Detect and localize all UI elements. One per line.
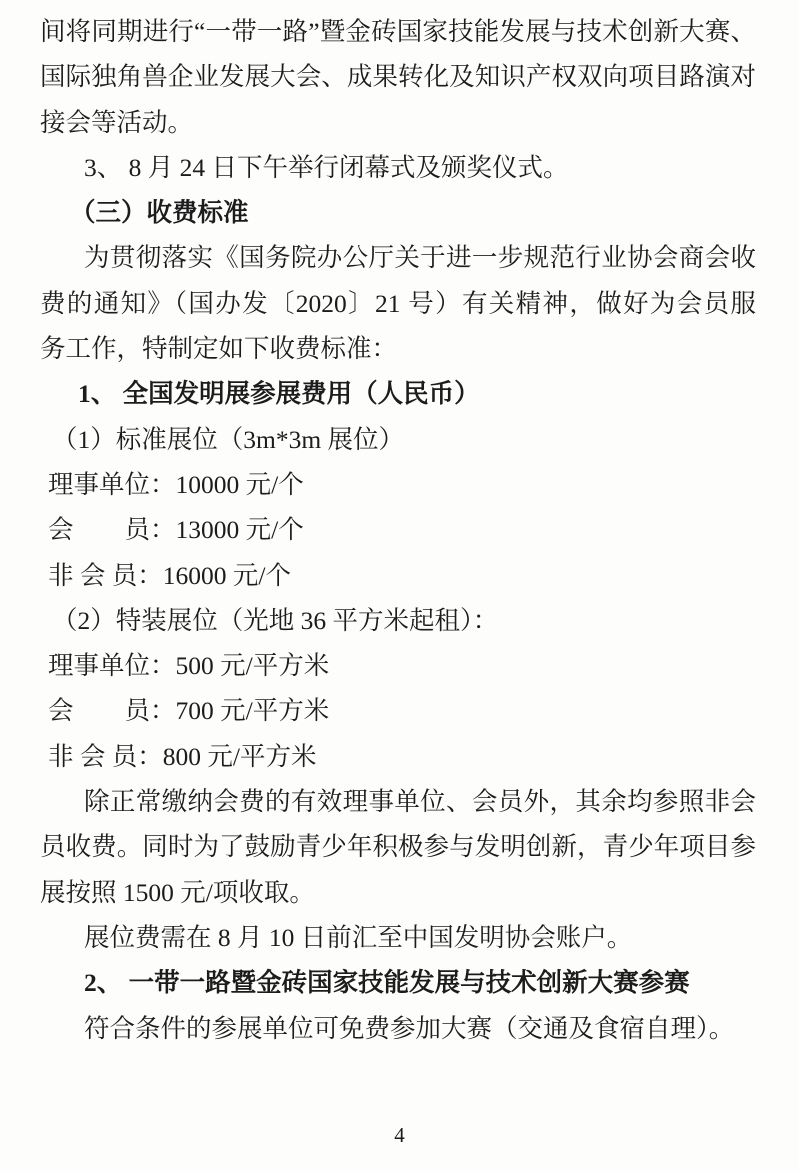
paragraph-line: 费的通知》（国办发〔2020〕21 号）有关精神，做好为会员服	[40, 281, 756, 326]
booth-type-line: （1）标准展位（3m*3m 展位）	[40, 417, 756, 462]
paragraph-line: 员收费。同时为了鼓励青少年积极参与发明创新，青少年项目参	[40, 824, 756, 869]
paragraph-line: 为贯彻落实《国务院办公厅关于进一步规范行业协会商会收	[40, 235, 756, 280]
paragraph-line: 国际独角兽企业发展大会、成果转化及知识产权双向项目路演对	[40, 54, 756, 99]
fee-line: 理事单位：500 元/平方米	[40, 643, 756, 688]
fee-line: 会 员：13000 元/个	[40, 507, 756, 552]
subsection-heading: 2、 一带一路暨金砖国家技能发展与技术创新大赛参赛	[40, 960, 756, 1005]
paragraph-line: 展位费需在 8 月 10 日前汇至中国发明协会账户。	[40, 915, 756, 960]
fee-line: 会 员：700 元/平方米	[40, 688, 756, 733]
section-heading: （三）收费标准	[40, 190, 756, 235]
fee-line: 理事单位：10000 元/个	[40, 462, 756, 507]
fee-line: 非 会 员：16000 元/个	[40, 553, 756, 598]
booth-type-line: （2）特装展位（光地 36 平方米起租）：	[40, 598, 756, 643]
paragraph-line: 3、 8 月 24 日下午举行闭幕式及颁奖仪式。	[40, 145, 756, 190]
document-page: 间将同期进行“一带一路”暨金砖国家技能发展与技术创新大赛、 国际独角兽企业发展大…	[0, 0, 799, 1171]
paragraph-line: 间将同期进行“一带一路”暨金砖国家技能发展与技术创新大赛、	[40, 9, 756, 54]
paragraph-line: 务工作，特制定如下收费标准：	[40, 326, 756, 371]
fee-line: 非 会 员：800 元/平方米	[40, 734, 756, 779]
page-number: 4	[0, 1122, 799, 1148]
paragraph-line: 展按照 1500 元/项收取。	[40, 870, 756, 915]
subsection-heading: 1、 全国发明展参展费用（人民币）	[40, 371, 756, 416]
paragraph-line: 接会等活动。	[40, 100, 756, 145]
paragraph-line: 符合条件的参展单位可免费参加大赛（交通及食宿自理）。	[40, 1006, 756, 1051]
paragraph-line: 除正常缴纳会费的有效理事单位、会员外，其余均参照非会	[40, 779, 756, 824]
document-body: 间将同期进行“一带一路”暨金砖国家技能发展与技术创新大赛、 国际独角兽企业发展大…	[40, 9, 756, 1051]
